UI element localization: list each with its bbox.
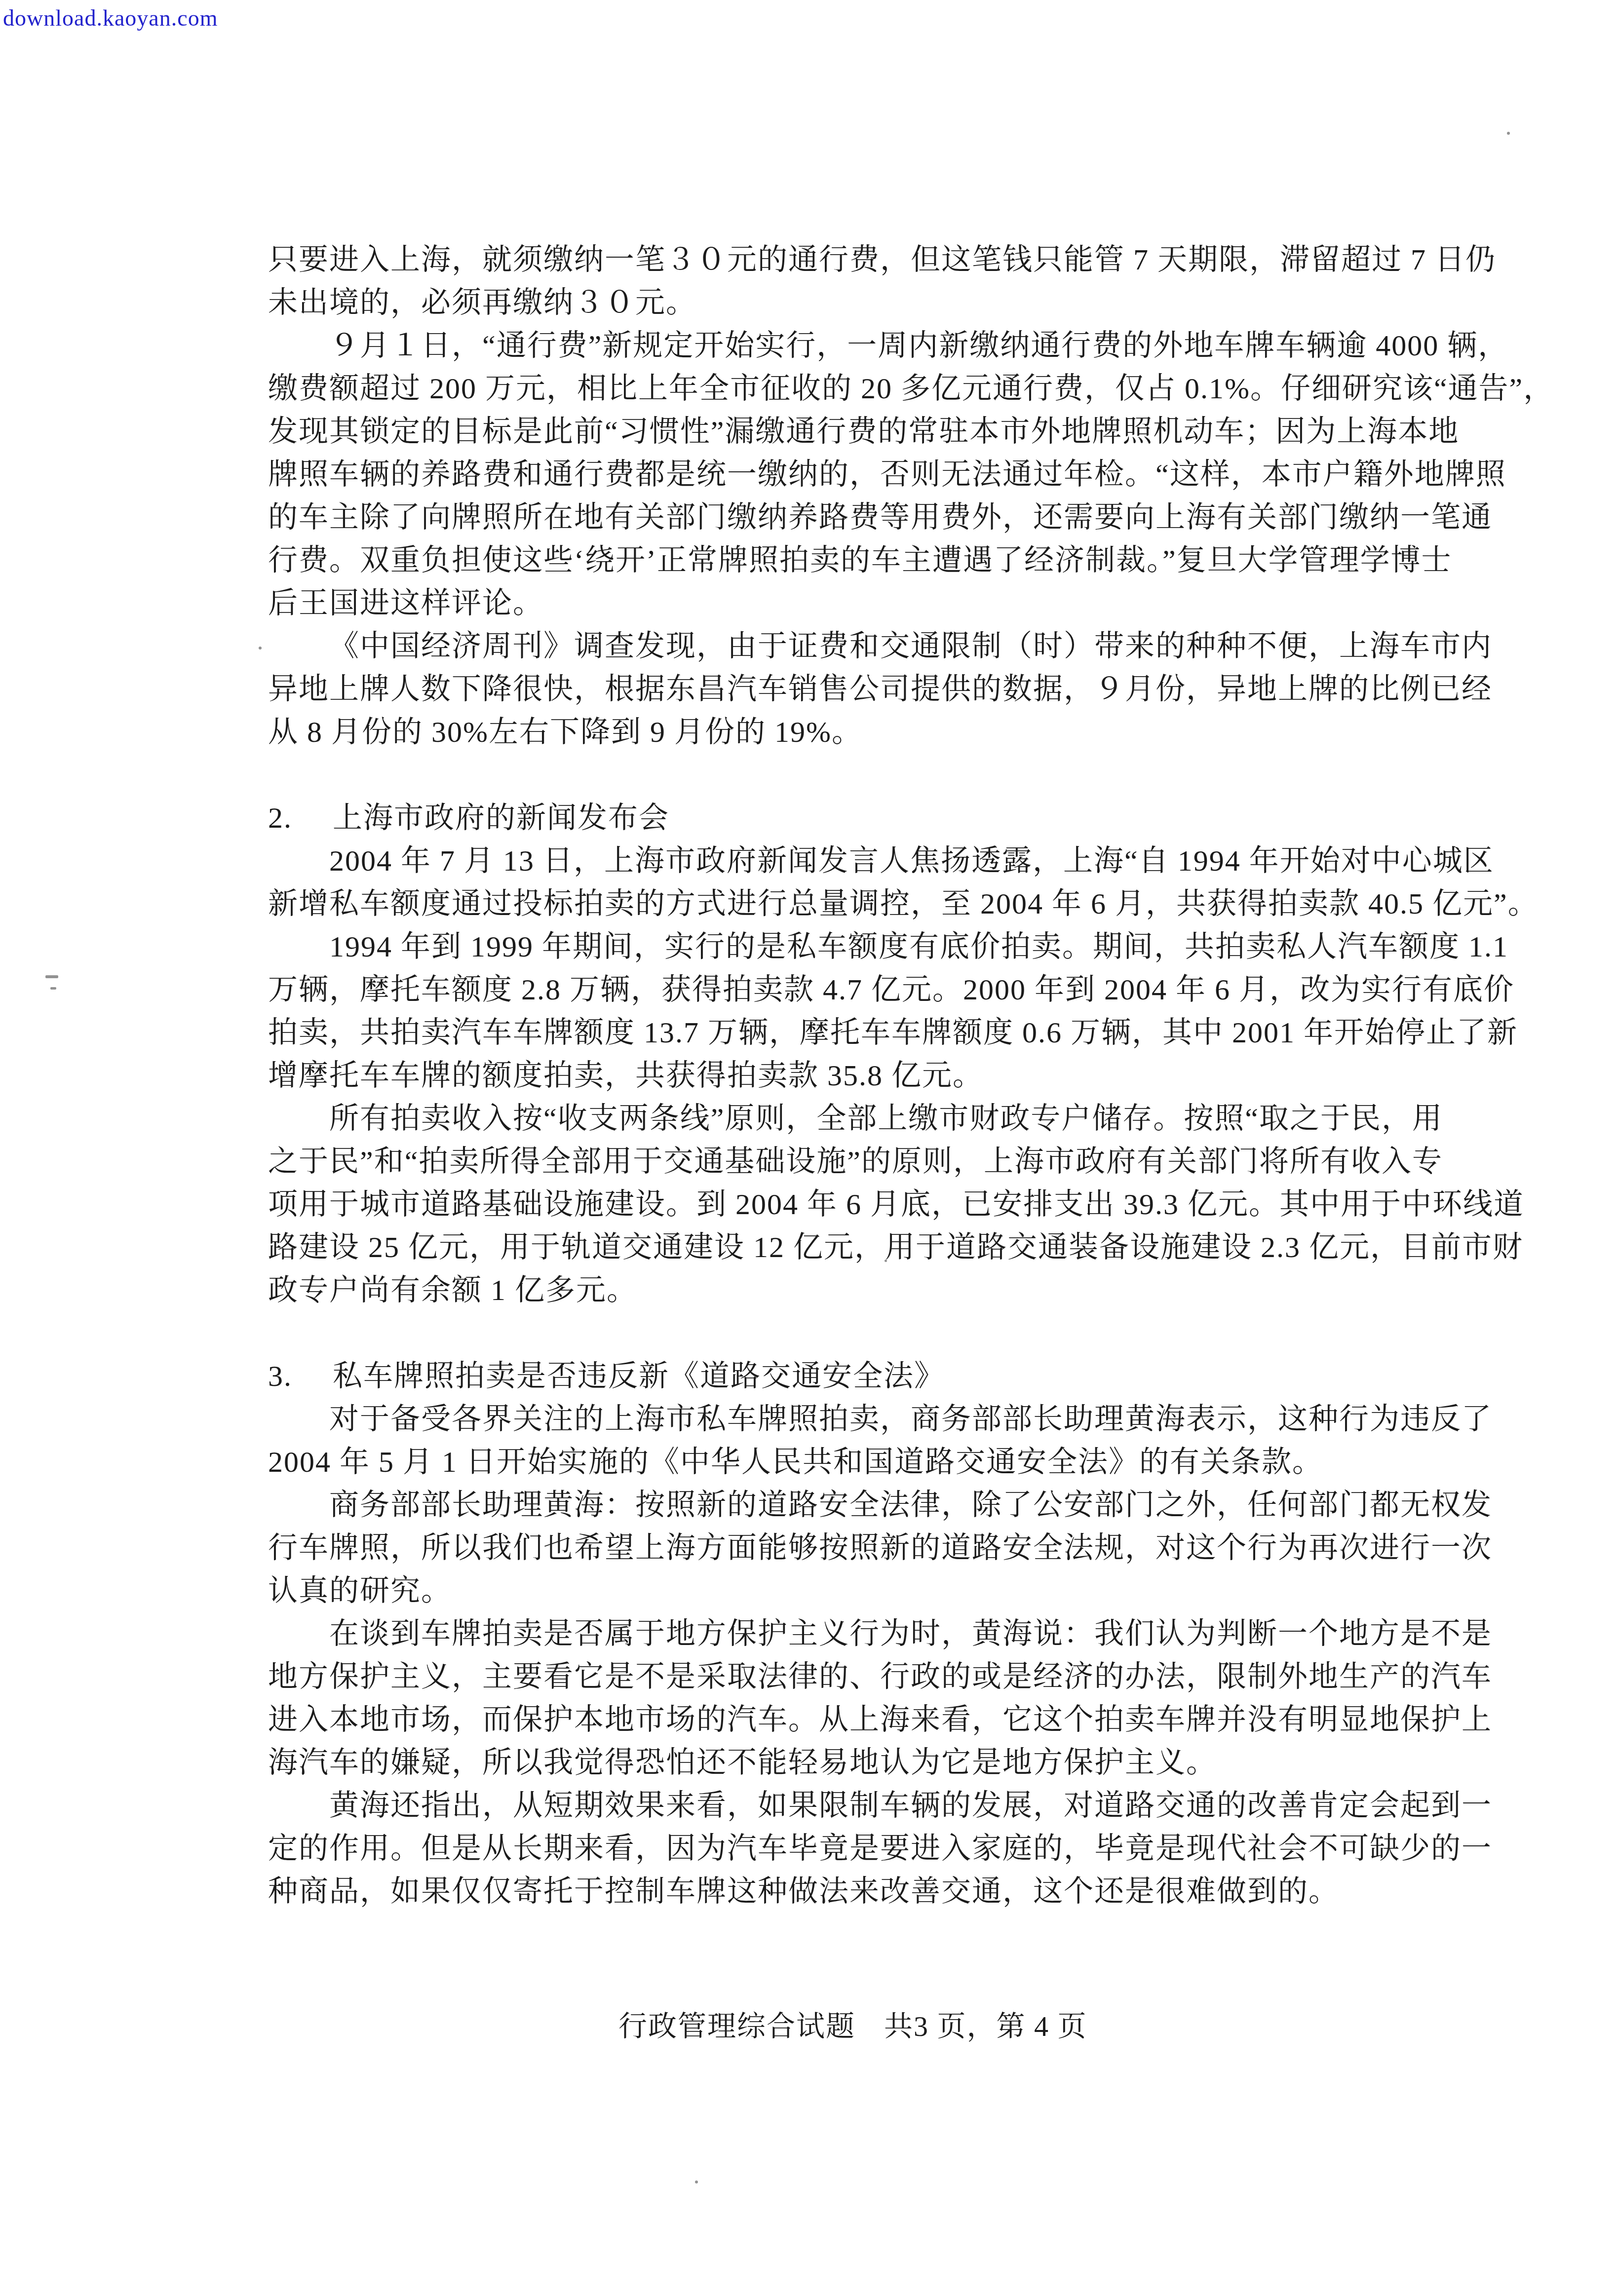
text-line: 牌照车辆的养路费和通行费都是统一缴纳的，否则无法通过年检。“这样，本市户籍外地牌…: [268, 453, 1453, 496]
text-line: 增摩托车车牌的额度拍卖，共获得拍卖款 35.8 亿元。: [268, 1054, 1453, 1097]
text-line: 在谈到车牌拍卖是否属于地方保护主义行为时，黄海说：我们认为判断一个地方是不是: [268, 1612, 1453, 1655]
footer-page-indicator: 共3 页，第 4 页: [884, 2010, 1087, 2042]
scan-speck: [354, 856, 358, 858]
text-line: ９月１日，“通行费”新规定开始实行，一周内新缴纳通行费的外地车牌车辆逾 4000…: [268, 324, 1453, 367]
text-line: 种商品，如果仅仅寄托于控制车牌这种做法来改善交通，这个还是很难做到的。: [268, 1870, 1453, 1913]
text-line: 黄海还指出，从短期效果来看，如果限制车辆的发展，对道路交通的改善肯定会起到一: [268, 1784, 1453, 1827]
text-line: 从 8 月份的 30%左右下降到 9 月份的 19%。: [268, 711, 1453, 754]
text-line: 定的作用。但是从长期来看，因为汽车毕竟是要进入家庭的，毕竟是现代社会不可缺少的一: [268, 1827, 1453, 1870]
text-line: 的车主除了向牌照所在地有关部门缴纳养路费等用费外，还需要向上海有关部门缴纳一笔通: [268, 496, 1453, 539]
heading-title: 上海市政府的新闻发布会: [333, 802, 669, 834]
text-line: 万辆，摩托车额度 2.8 万辆，获得拍卖款 4.7 亿元。2000 年到 200…: [268, 968, 1453, 1011]
watermark-link: download.kaoyan.com: [3, 5, 218, 31]
text-line: 2004 年 7 月 13 日，上海市政府新闻发言人焦扬透露，上海“自 1994…: [268, 840, 1453, 882]
text-line: 进入本地市场，而保护本地市场的汽车。从上海来看，它这个拍卖车牌并没有明显地保护上: [268, 1698, 1453, 1741]
text-line: 之于民”和“拍卖所得全部用于交通基础设施”的原则，上海市政府有关部门将所有收入专: [268, 1140, 1453, 1183]
text-line: 行车牌照，所以我们也希望上海方面能够按照新的道路安全法规，对这个行为再次进行一次: [268, 1527, 1453, 1569]
text-line: 认真的研究。: [268, 1569, 1453, 1612]
text-line: 行费。双重负担使这些‘绕开’正常牌照拍卖的车主遭遇了经济制裁。”复旦大学管理学博…: [268, 539, 1453, 582]
text-line: 地方保护主义，主要看它是不是采取法律的、行政的或是经济的办法，限制外地生产的汽车: [268, 1655, 1453, 1698]
page-footer: 行政管理综合试题共3 页，第 4 页: [618, 2005, 1087, 2048]
scan-speck: [259, 647, 262, 650]
text-line: 《中国经济周刊》调查发现，由于证费和交通限制（时）带来的种种不便，上海车市内: [268, 625, 1453, 668]
text-line: 后王国进这样评论。: [268, 582, 1453, 625]
text-line: 发现其锁定的目标是此前“习惯性”漏缴通行费的常驻本市外地牌照机动车；因为上海本地: [268, 410, 1453, 453]
text-line: 新增私车额度通过投标拍卖的方式进行总量调控，至 2004 年 6 月，共获得拍卖…: [268, 882, 1453, 925]
scan-speck: [695, 2181, 698, 2183]
text-line: 只要进入上海，就须缴纳一笔３０元的通行费，但这笔钱只能管 7 天期限，滞留超过 …: [268, 238, 1453, 281]
text-line: 未出境的，必须再缴纳３０元。: [268, 281, 1453, 324]
scan-speck: [1507, 132, 1510, 135]
text-line: 2004 年 5 月 1 日开始实施的《中华人民共和国道路交通安全法》的有关条款…: [268, 1441, 1453, 1484]
text-line: 政专户尚有余额 1 亿多元。: [268, 1269, 1453, 1312]
scan-speck: [50, 987, 56, 990]
heading-number: 3.: [268, 1355, 333, 1398]
heading-title: 私车牌照拍卖是否违反新《道路交通安全法》: [333, 1360, 945, 1392]
scan-speck: [885, 1260, 887, 1262]
scan-speck: [45, 975, 58, 978]
text-line: 路建设 25 亿元，用于轨道交通建设 12 亿元，用于道路交通装备设施建设 2.…: [268, 1226, 1453, 1269]
text-line: 海汽车的嫌疑，所以我觉得恐怕还不能轻易地认为它是地方保护主义。: [268, 1741, 1453, 1784]
text-line: 项用于城市道路基础设施建设。到 2004 年 6 月底，已安排支出 39.3 亿…: [268, 1183, 1453, 1226]
footer-doc-title: 行政管理综合试题: [618, 2010, 855, 2042]
heading-number: 2.: [268, 797, 333, 840]
text-line: 拍卖，共拍卖汽车车牌额度 13.7 万辆，摩托车车牌额度 0.6 万辆，其中 2…: [268, 1011, 1453, 1054]
text-line: 缴费额超过 200 万元，相比上年全市征收的 20 多亿元通行费，仅占 0.1%…: [268, 367, 1453, 410]
text-line: 1994 年到 1999 年期间，实行的是私车额度有底价拍卖。期间，共拍卖私人汽…: [268, 925, 1453, 968]
scan-speck: [1222, 1680, 1225, 1683]
section-heading: 2.上海市政府的新闻发布会: [268, 797, 1453, 840]
text-line: 所有拍卖收入按“收支两条线”原则，全部上缴市财政专户储存。按照“取之于民，用: [268, 1097, 1453, 1140]
document-body: 只要进入上海，就须缴纳一笔３０元的通行费，但这笔钱只能管 7 天期限，滞留超过 …: [268, 238, 1453, 1913]
text-line: 异地上牌人数下降很快，根据东昌汽车销售公司提供的数据，９月份，异地上牌的比例已经: [268, 668, 1453, 711]
text-line: 对于备受各界关注的上海市私车牌照拍卖，商务部部长助理黄海表示，这种行为违反了: [268, 1398, 1453, 1441]
section-heading: 3.私车牌照拍卖是否违反新《道路交通安全法》: [268, 1355, 1453, 1398]
text-line: 商务部部长助理黄海：按照新的道路安全法律，除了公安部门之外，任何部门都无权发: [268, 1484, 1453, 1527]
